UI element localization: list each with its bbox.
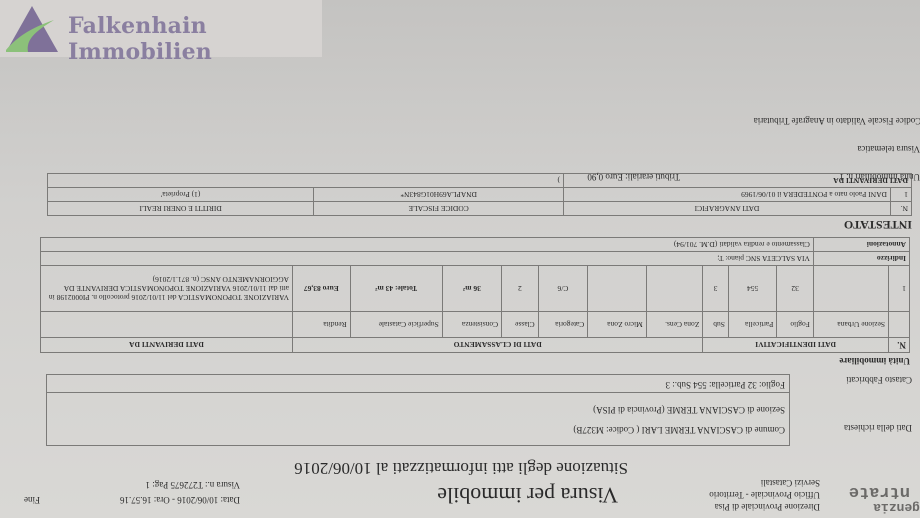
row-sub: 3 xyxy=(703,266,729,312)
row-derivanti: VARIAZIONE TOPONOMASTICA del 11/01/2016 … xyxy=(41,266,293,312)
col-micro: Micro Zona xyxy=(588,312,647,338)
date-line: Data: 10/06/2016 - Ora: 16.57.16 xyxy=(120,495,240,505)
intestato-derivanti-value: ) xyxy=(48,174,564,188)
row-micro xyxy=(588,266,647,312)
row-n: 1 xyxy=(889,266,910,312)
row-sezione xyxy=(813,266,888,312)
request-comune: Comune di CASCIANA TERME LARI ( Codice: … xyxy=(573,425,785,435)
document-photo: genzia ntrate Direzione Provinciale di P… xyxy=(0,0,920,518)
table-row: 1 DANI Paolo nato a PONTEDERA il 01/06/1… xyxy=(48,188,912,202)
catasto-value: Foglio: 32 Particella: 554 Sub.: 3 xyxy=(666,380,786,390)
request-sezione: Sezione di CASCIANA TERME (Provincia di … xyxy=(593,405,785,415)
table-row: 1 32 554 3 C/6 2 36 m² Totale: 43 m² Eur… xyxy=(41,266,910,312)
intestato-row-n: 1 xyxy=(891,188,912,202)
col-rendita: Rendita xyxy=(293,312,351,338)
indirizzo-label: Indirizzo xyxy=(813,252,909,266)
cell-blank-2 xyxy=(41,312,293,338)
row-foglio: 32 xyxy=(777,266,814,312)
request-divider xyxy=(47,392,789,393)
unit-table: N. DATI IDENTIFICATIVI DATI DI CLASSAMEN… xyxy=(40,237,910,353)
col-sub: Sub xyxy=(703,312,729,338)
row-particella: 554 xyxy=(728,266,776,312)
col-sezione: Sezione Urbana xyxy=(813,312,888,338)
col-foglio: Foglio xyxy=(777,312,814,338)
agency-logo-line2: ntrate xyxy=(849,482,910,501)
col-zona: Zona Cens. xyxy=(646,312,703,338)
row-classe: 2 xyxy=(502,266,539,312)
header-dati-identificativi: DATI IDENTIFICATIVI xyxy=(703,338,889,353)
intestato-row-diritti: (1) Proprieta' xyxy=(48,188,314,202)
indirizzo-value: VIA SALCETA SNC piano: T; xyxy=(41,252,814,266)
office-line-2: Ufficio Provinciale - Territorio xyxy=(709,490,820,500)
intestato-header-cf: CODICE FISCALE xyxy=(314,202,564,216)
row-consistenza: 36 m² xyxy=(442,266,501,312)
unita-count: Unità immobiliari n. 1 xyxy=(840,172,920,182)
row-rendita: Euro 83,67 xyxy=(293,266,351,312)
intestato-table: N. DATI ANAGRAFICI CODICE FISCALE DIRITT… xyxy=(47,173,912,216)
row-superficie: Totale: 43 m² xyxy=(350,266,442,312)
end-label: Fine xyxy=(24,495,40,505)
annotazioni-label: Annotazioni xyxy=(813,238,909,252)
tributi-erariali: Tributi erariali: Euro 0,90 xyxy=(587,172,680,182)
visura-number: Visura n.: T272675 Pag: 1 xyxy=(145,480,240,490)
col-superficie: Superficie Catastale xyxy=(350,312,442,338)
row-categoria: C/6 xyxy=(538,266,588,312)
request-box: Comune di CASCIANA TERME LARI ( Codice: … xyxy=(46,374,790,446)
row-zona xyxy=(646,266,703,312)
intestato-header-n: N. xyxy=(891,202,912,216)
cell-blank xyxy=(889,312,910,338)
agency-logo-line1: genzia xyxy=(873,500,920,515)
visura-telematica: Visura telematica xyxy=(857,144,920,154)
request-label: Dati della richiesta xyxy=(844,423,912,433)
intestato-row-anagrafici: DANI Paolo nato a PONTEDERA il 01/06/196… xyxy=(564,188,891,202)
intestato-label: INTESTATO xyxy=(844,217,912,232)
header-dati-classamento: DATI DI CLASSAMENTO xyxy=(293,338,703,353)
office-line-1: Direzione Provinciale di Pisa xyxy=(715,502,820,512)
intestato-row-cf: DNAPLA69H01G843N* xyxy=(314,188,564,202)
page-subtitle: Situazione degli atti informatizzati al … xyxy=(294,458,628,478)
col-classe: Classe xyxy=(502,312,539,338)
col-particella: Particella xyxy=(728,312,776,338)
unit-section-label: Unità immobiliare xyxy=(839,356,910,366)
codice-fiscale-note: * Codice Fiscale Validato in Anagrafe Tr… xyxy=(754,116,920,126)
col-consistenza: Consistenza xyxy=(442,312,501,338)
intestato-header-anagrafici: DATI ANAGRAFICI xyxy=(564,202,891,216)
annotazioni-value: Classamento e rendita validati (D.M. 701… xyxy=(41,238,814,252)
col-categoria: Categoria xyxy=(538,312,588,338)
brand-name: Falkenhain Immobilien xyxy=(68,13,322,65)
triangle-logo-icon xyxy=(4,4,60,54)
header-dati-derivanti: DATI DERIVANTI DA xyxy=(41,338,293,353)
office-line-3: Servizi Catastali xyxy=(761,478,820,488)
rotated-document: genzia ntrate Direzione Provinciale di P… xyxy=(0,0,920,518)
header-n: N. xyxy=(889,338,910,353)
intestato-header-diritti: DIRITTI E ONERI REALI xyxy=(48,202,314,216)
page-title: Visura per immobile xyxy=(437,482,618,508)
brand-logo: Falkenhain Immobilien xyxy=(0,0,322,57)
catasto-label: Catasto Fabbricati xyxy=(846,375,912,385)
